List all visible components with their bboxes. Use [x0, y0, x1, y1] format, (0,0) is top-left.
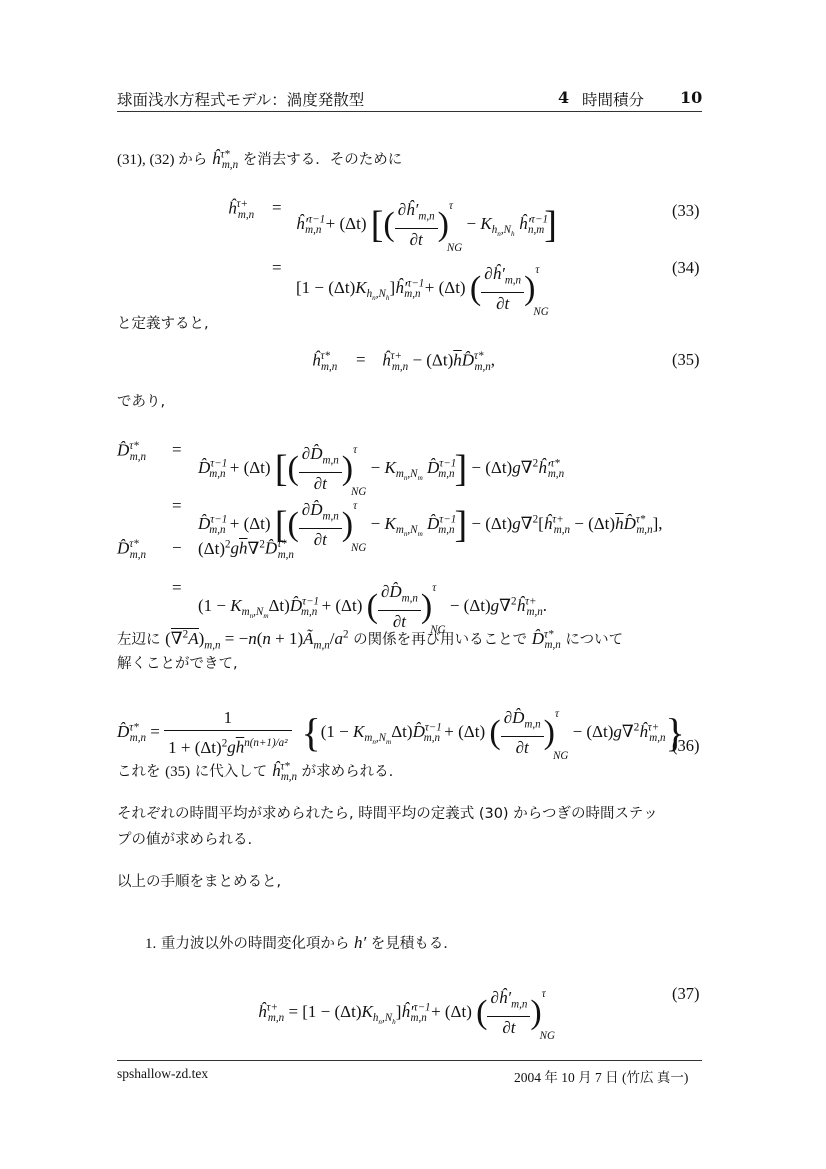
eqD2-rel: = — [172, 496, 182, 516]
eq36-number: (36) — [672, 736, 700, 756]
eqD1-lhs: D̂τ*m,n — [117, 440, 146, 463]
eqD1-rhs: D̂τ−1m,n + (Δt) [(∂D̂m,n∂t)τNG − Kmn,Nm … — [198, 420, 564, 480]
eq33-rel: = — [272, 198, 282, 218]
eqD1-rel: = — [172, 440, 182, 460]
eq36: D̂τ*m,n = 11 + (Δt)2ghn(n+1)/a² {(1 − Km… — [117, 684, 685, 744]
eq33-lhs: ĥτ+m,n — [228, 198, 254, 221]
eq37-number: (37) — [672, 984, 700, 1004]
paragraph-time-average-line1: それぞれの時間平均が求められたら, 時間平均の定義式 (30) からつぎの時間ス… — [117, 802, 658, 823]
header-rule — [117, 111, 702, 112]
footer-date-author: 2004 年 10 月 7 日 (竹広 真一) — [514, 1066, 688, 1086]
eq35-rel: = — [356, 350, 366, 370]
paragraph-summary: 以上の手順をまとめると, — [117, 870, 281, 891]
eqD3-lhs: D̂τ*m,n — [117, 538, 146, 561]
paragraph-time-average-line2: プの値が求められる. — [117, 828, 252, 849]
eqD2-rhs: D̂τ−1m,n + (Δt) [(∂D̂m,n∂t)τNG − Kmn,Nm … — [198, 476, 663, 536]
eq33-rhs: ĥ′τ−1m,n + (Δt) [(∂ĥ′m,n∂t)τNG − Khn,Nh … — [296, 176, 557, 236]
eqD4-rel: = — [172, 578, 182, 598]
list-item-1: 1. 重力波以外の時間変化項から h′ を見積もる. — [145, 932, 448, 953]
paragraph-intro: (31), (32) から ĥτ*m,n を消去する．そのために — [117, 148, 402, 171]
paragraph-relation-line1: 左辺に (∇2A)m,n = −n(n + 1)Ãm,n/a2 の関係を再び用い… — [117, 628, 623, 651]
eq35-rhs: ĥτ+m,n − (Δt)hD̂τ*m,n, — [382, 350, 495, 373]
section-title: 時間積分 — [582, 88, 644, 110]
eq33-number: (33) — [672, 201, 700, 221]
eq34-rhs: [1 − (Δt)Khn,Nh]ĥ′τ−1m,n + (Δt) (∂ĥ′m,n∂… — [296, 240, 549, 300]
eq35-lhs: ĥτ*m,n — [312, 350, 337, 373]
eqD3-rel: − — [172, 538, 182, 558]
paragraph-relation-line2: 解くことができて, — [117, 652, 238, 673]
running-header-title: 球面浅水方程式モデル：渦度発散型 — [117, 88, 364, 110]
eq34-rel: = — [272, 258, 282, 278]
eqD4-rhs: (1 − Kmn,NmΔt)D̂τ−1m,n + (Δt) (∂D̂m,n∂t)… — [198, 558, 547, 618]
eq35-number: (35) — [672, 350, 700, 370]
eq34-number: (34) — [672, 258, 700, 278]
section-number: 4 — [558, 88, 569, 107]
paragraph-and: であり, — [117, 390, 165, 411]
paragraph-define: と定義すると, — [117, 312, 209, 333]
footer-rule — [117, 1060, 702, 1061]
paragraph-substitute: これを (35) に代入して ĥτ*m,n が求められる. — [117, 760, 393, 783]
eq37: ĥτ+m,n = [1 − (Δt)Khn,Nh]ĥ′τ−1m,n + (Δt)… — [258, 964, 555, 1024]
footer-filename: spshallow-zd.tex — [117, 1066, 208, 1082]
page-number: 10 — [680, 88, 702, 107]
